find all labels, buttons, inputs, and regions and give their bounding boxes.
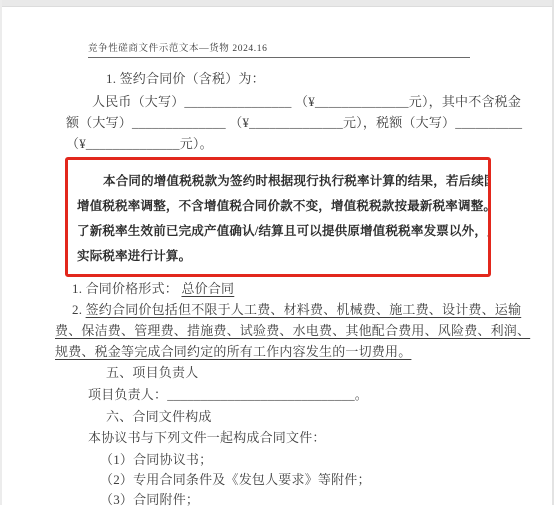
tax-clause-line-1: 本合同的增值税税款为签约时根据现行执行税率计算的结果，若后续国家 [77,169,482,194]
contract-docs-intro: 本协议书与下列文件一起构成合同文件： [88,430,326,446]
contract-doc-item-3: （3）合同附件； [100,492,199,505]
price-form-line: 1. 合同价格形式： 总价合同 [72,281,234,297]
section-6-title: 六、合同文件构成 [106,409,212,425]
price-form-value: 总价合同 [181,281,234,296]
price-scope-prefix: 2. [72,302,86,317]
price-clause-line-1: 1. 签约合同价（含税）为： [106,71,265,87]
page-left-edge [0,0,2,505]
price-scope-line-1: 2. 签约合同价包括但不限于人工费、材料费、机械费、施工费、设计费、运输 [72,302,521,318]
contract-doc-item-1: （1）合同协议书； [100,452,212,468]
tax-clause-red-highlight-box: 本合同的增值税税款为签约时根据现行执行税率计算的结果，若后续国家 增值税税率调整… [65,157,491,277]
tax-clause-line-4: 实际税率进行计算。 [77,244,482,269]
document-page: 竞争性磋商文件示范文本—货物 2024.16 1. 签约合同价（含税）为： 人民… [0,0,554,505]
price-scope-line-2: 费、保洁费、管理费、措施费、试验费、水电费、其他配合费用、风险费、利润、 [55,323,530,339]
price-clause-line-3: 额（大写）______________ （¥______________元），税… [66,115,522,131]
tax-clause-line-2: 增值税税率调整，不含增值税合同价款不变，增值税税款按最新税率调整。除 [77,194,482,219]
contract-doc-item-2: （2）专用合同条件及《发包人要求》等附件； [100,472,371,488]
price-scope-line-3: 规费、税金等完成合同约定的所有工作内容发生的一切费用。 [55,344,411,360]
project-manager-line: 项目负责人：____________________________。 [88,387,368,403]
document-header-title: 竞争性磋商文件示范文本—货物 2024.16 [88,40,470,58]
price-form-prefix: 1. 合同价格形式： [72,281,181,296]
tax-clause-line-3: 了新税率生效前已完成产值确认/结算且可以提供原增值税税率发票以外，应以 [77,219,482,244]
page-top-edge [0,0,554,7]
price-clause-line-4: （¥______________元）。 [66,136,213,152]
price-scope-underlined-1: 签约合同价包括但不限于人工费、材料费、机械费、施工费、设计费、运输 [86,302,522,317]
section-5-title: 五、项目负责人 [106,365,198,381]
price-clause-line-2: 人民币（大写）________________ （¥______________… [92,94,521,110]
